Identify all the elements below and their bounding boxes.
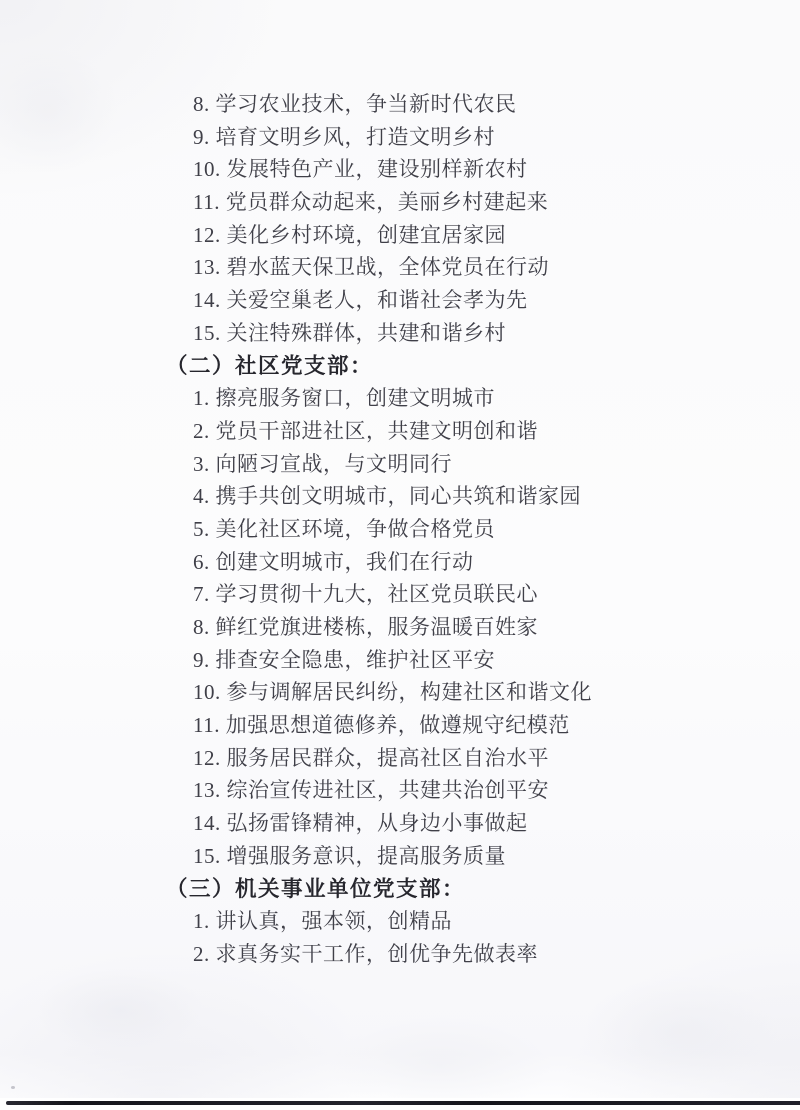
section-heading: （三）机关事业单位党支部： — [166, 873, 753, 906]
slogan-line: 5. 美化社区环境，争做合格党员 — [193, 513, 753, 546]
slogan-line: 2. 求真务实干工作，创优争先做表率 — [193, 938, 753, 971]
slogan-line: 14. 关爱空巢老人，和谐社会孝为先 — [193, 284, 753, 317]
scan-edge-line — [6, 1101, 800, 1105]
slogan-line: 10. 参与调解居民纠纷，构建社区和谐文化 — [193, 676, 753, 709]
slogan-line: 9. 排查安全隐患，维护社区平安 — [193, 644, 753, 677]
slogan-line: 15. 增强服务意识，提高服务质量 — [193, 840, 753, 873]
scan-speck — [11, 1086, 15, 1089]
slogan-line: 13. 碧水蓝天保卫战，全体党员在行动 — [193, 251, 753, 284]
slogan-line: 12. 服务居民群众，提高社区自治水平 — [193, 742, 753, 775]
slogan-line: 11. 加强思想道德修养，做遵规守纪模范 — [193, 709, 753, 742]
slogan-line: 12. 美化乡村环境，创建宜居家园 — [193, 219, 753, 252]
slogan-line: 15. 关注特殊群体，共建和谐乡村 — [193, 317, 753, 350]
slogan-line: 1. 擦亮服务窗口，创建文明城市 — [193, 382, 753, 415]
slogan-line: 3. 向陋习宣战，与文明同行 — [193, 448, 753, 481]
slogan-line: 10. 发展特色产业，建设别样新农村 — [193, 153, 753, 186]
slogan-line: 13. 综治宣传进社区，共建共治创平安 — [193, 774, 753, 807]
slogan-line: 8. 鲜红党旗进楼栋，服务温暖百姓家 — [193, 611, 753, 644]
slogan-line: 2. 党员干部进社区，共建文明创和谐 — [193, 415, 753, 448]
slogan-line: 1. 讲认真，强本领，创精品 — [193, 905, 753, 938]
document-body: 8. 学习农业技术，争当新时代农民9. 培育文明乡风，打造文明乡村10. 发展特… — [193, 88, 753, 971]
slogan-line: 11. 党员群众动起来，美丽乡村建起来 — [193, 186, 753, 219]
slogan-line: 6. 创建文明城市，我们在行动 — [193, 546, 753, 579]
section-heading: （二）社区党支部： — [166, 350, 753, 383]
slogan-line: 4. 携手共创文明城市，同心共筑和谐家园 — [193, 480, 753, 513]
slogan-line: 9. 培育文明乡风，打造文明乡村 — [193, 121, 753, 154]
slogan-line: 7. 学习贯彻十九大，社区党员联民心 — [193, 578, 753, 611]
slogan-line: 8. 学习农业技术，争当新时代农民 — [193, 88, 753, 121]
slogan-line: 14. 弘扬雷锋精神，从身边小事做起 — [193, 807, 753, 840]
